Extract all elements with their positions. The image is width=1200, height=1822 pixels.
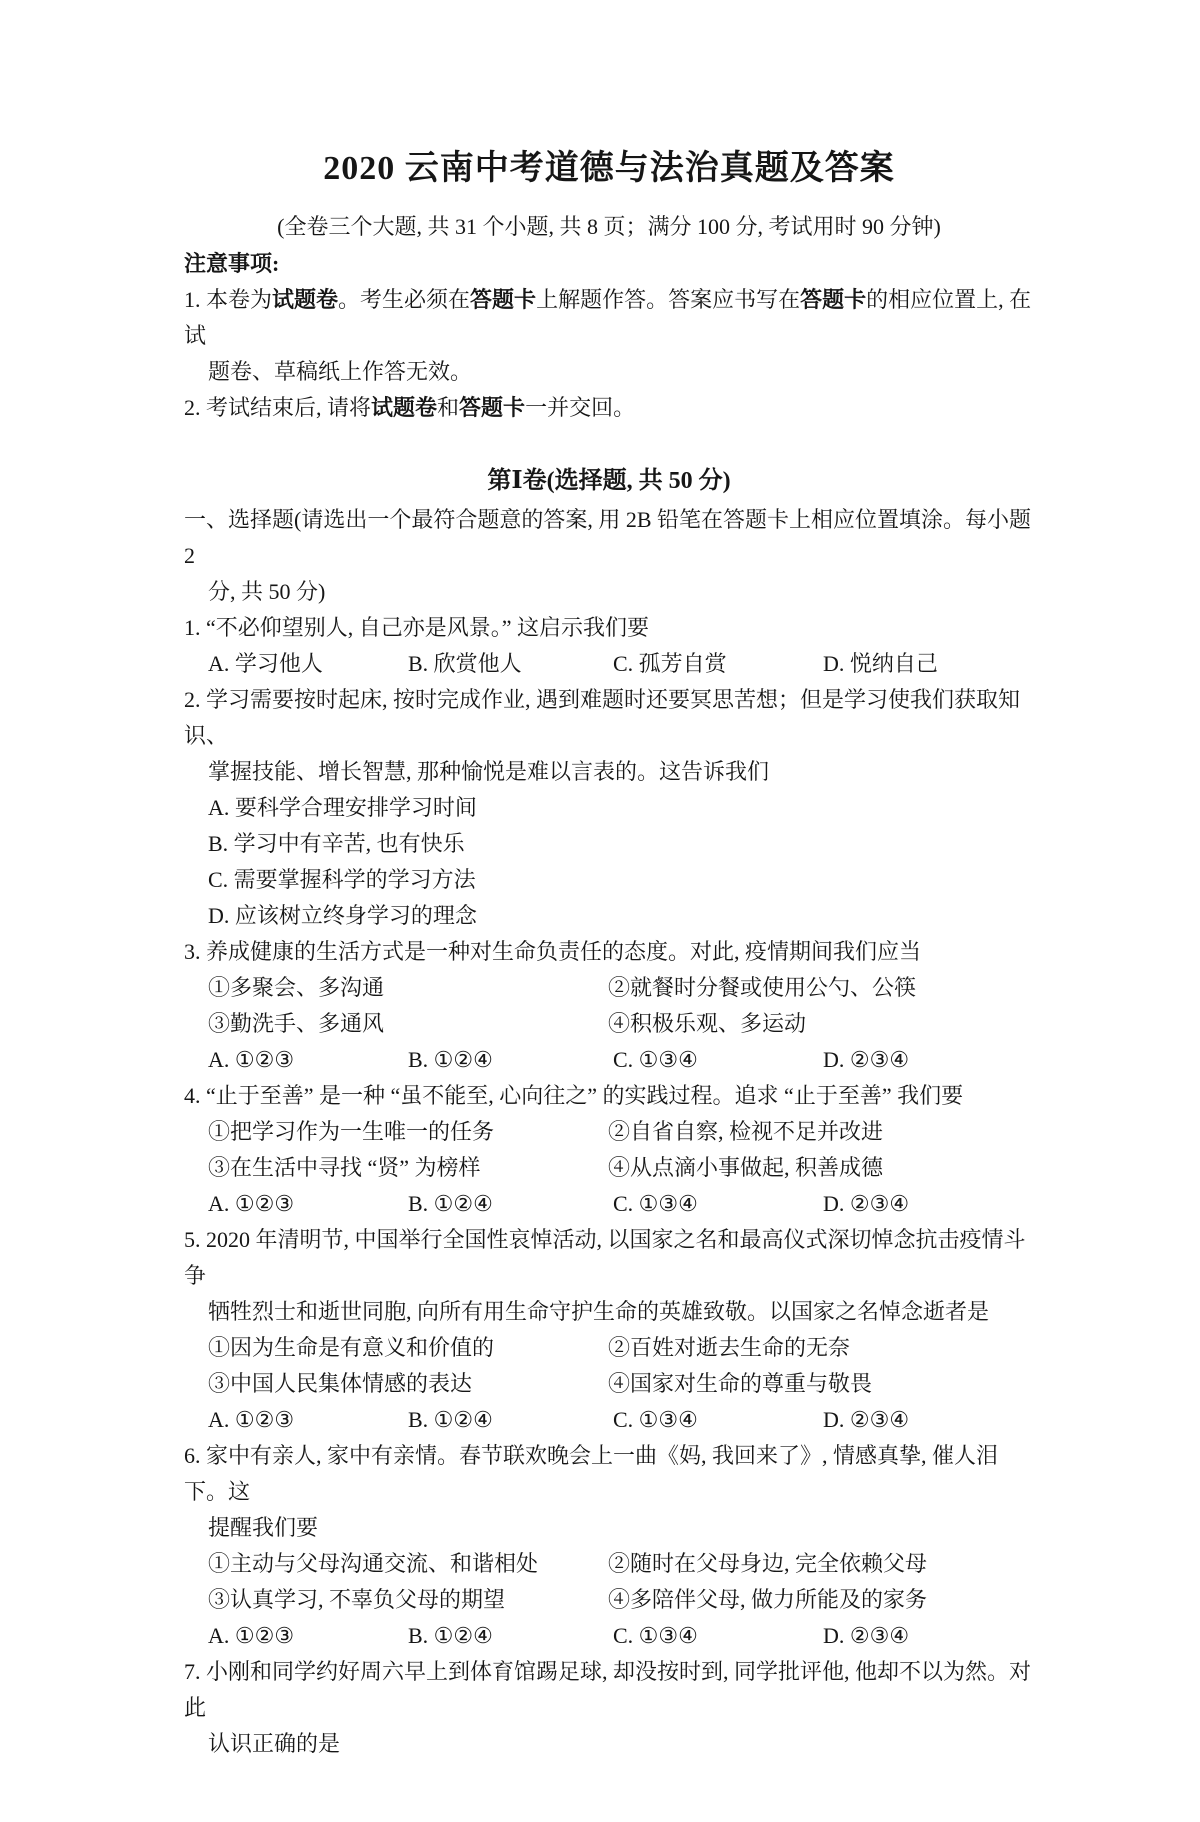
question-1-option-d: D. 悦纳自己 bbox=[823, 646, 1034, 682]
question-2-option-a: A. 要科学合理安排学习时间 bbox=[184, 790, 1034, 826]
question-6-item-3: ③认真学习, 不辜负父母的期望 bbox=[208, 1582, 608, 1618]
text-segment: 答题卡 bbox=[470, 287, 536, 312]
question-5-choice-b: B. ①②④ bbox=[408, 1402, 613, 1438]
notice-section: 注意事项: 1. 本卷为试题卷。考生必须在答题卡上解题作答。答案应书写在答题卡的… bbox=[184, 246, 1034, 426]
question-6-item-4: ④多陪伴父母, 做力所能及的家务 bbox=[608, 1582, 1034, 1618]
question-7-stem-line-1: 7. 小刚和同学约好周六早上到体育馆踢足球, 却没按时到, 同学批评他, 他却不… bbox=[184, 1654, 1034, 1726]
question-4-items-row-2: ③在生活中寻找 “贤” 为榜样 ④从点滴小事做起, 积善成德 bbox=[184, 1150, 1034, 1186]
exam-document-page: 2020 云南中考道德与法治真题及答案 (全卷三个大题, 共 31 个小题, 共… bbox=[0, 0, 1200, 1822]
question-2-option-b: B. 学习中有辛苦, 也有快乐 bbox=[184, 826, 1034, 862]
question-5-items-row-1: ①因为生命是有意义和价值的 ②百姓对逝去生命的无奈 bbox=[184, 1330, 1034, 1366]
question-3-item-2: ②就餐时分餐或使用公勺、公筷 bbox=[608, 970, 1034, 1006]
question-4-choice-a: A. ①②③ bbox=[208, 1186, 408, 1222]
notice-item-1-line-1: 1. 本卷为试题卷。考生必须在答题卡上解题作答。答案应书写在答题卡的相应位置上,… bbox=[184, 282, 1034, 354]
question-6-choice-d: D. ②③④ bbox=[823, 1618, 1034, 1654]
question-3-choice-d: D. ②③④ bbox=[823, 1042, 1034, 1078]
question-2-option-d: D. 应该树立终身学习的理念 bbox=[184, 898, 1034, 934]
question-2-stem-line-1: 2. 学习需要按时起床, 按时完成作业, 遇到难题时还要冥思苦想；但是学习使我们… bbox=[184, 682, 1034, 754]
question-4-item-4: ④从点滴小事做起, 积善成德 bbox=[608, 1150, 1034, 1186]
question-5-items-row-2: ③中国人民集体情感的表达 ④国家对生命的尊重与敬畏 bbox=[184, 1366, 1034, 1402]
question-4: 4. “止于至善” 是一种 “虽不能至, 心向往之” 的实践过程。追求 “止于至… bbox=[184, 1078, 1034, 1222]
mc-intro-line-1: 一、选择题(请选出一个最符合题意的答案, 用 2B 铅笔在答题卡上相应位置填涂。… bbox=[184, 502, 1034, 574]
text-segment: 上解题作答。答案应书写在 bbox=[536, 287, 800, 312]
question-3-item-1: ①多聚会、多沟通 bbox=[208, 970, 608, 1006]
question-4-stem: 4. “止于至善” 是一种 “虽不能至, 心向往之” 的实践过程。追求 “止于至… bbox=[184, 1078, 1034, 1114]
question-6-item-2: ②随时在父母身边, 完全依赖父母 bbox=[608, 1546, 1034, 1582]
question-6-choice-b: B. ①②④ bbox=[408, 1618, 613, 1654]
question-5: 5. 2020 年清明节, 中国举行全国性哀悼活动, 以国家之名和最高仪式深切悼… bbox=[184, 1222, 1034, 1438]
text-segment: 试题卷 bbox=[371, 395, 437, 420]
question-5-choice-c: C. ①③④ bbox=[613, 1402, 823, 1438]
question-6-choices: A. ①②③ B. ①②④ C. ①③④ D. ②③④ bbox=[184, 1618, 1034, 1654]
section-1-title: 第Ⅰ卷(选择题, 共 50 分) bbox=[184, 462, 1034, 500]
mc-intro-line-2: 分, 共 50 分) bbox=[184, 574, 1034, 610]
notice-heading: 注意事项: bbox=[184, 246, 1034, 282]
question-4-item-2: ②自省自察, 检视不足并改进 bbox=[608, 1114, 1034, 1150]
question-7-stem-line-2: 认识正确的是 bbox=[184, 1726, 1034, 1762]
question-4-choices: A. ①②③ B. ①②④ C. ①③④ D. ②③④ bbox=[184, 1186, 1034, 1222]
question-4-choice-d: D. ②③④ bbox=[823, 1186, 1034, 1222]
question-6-items-row-2: ③认真学习, 不辜负父母的期望 ④多陪伴父母, 做力所能及的家务 bbox=[184, 1582, 1034, 1618]
question-5-item-3: ③中国人民集体情感的表达 bbox=[208, 1366, 608, 1402]
question-6-items-row-1: ①主动与父母沟通交流、和谐相处 ②随时在父母身边, 完全依赖父母 bbox=[184, 1546, 1034, 1582]
question-3-choices: A. ①②③ B. ①②④ C. ①③④ D. ②③④ bbox=[184, 1042, 1034, 1078]
question-6-stem-line-1: 6. 家中有亲人, 家中有亲情。春节联欢晚会上一曲《妈, 我回来了》, 情感真挚… bbox=[184, 1438, 1034, 1510]
question-5-item-4: ④国家对生命的尊重与敬畏 bbox=[608, 1366, 1034, 1402]
text-segment: 答题卡 bbox=[800, 287, 866, 312]
page-content: 2020 云南中考道德与法治真题及答案 (全卷三个大题, 共 31 个小题, 共… bbox=[184, 146, 1034, 1762]
notice-item-1-line-2: 题卷、草稿纸上作答无效。 bbox=[184, 354, 1034, 390]
question-4-item-3: ③在生活中寻找 “贤” 为榜样 bbox=[208, 1150, 608, 1186]
question-3-items-row-1: ①多聚会、多沟通 ②就餐时分餐或使用公勺、公筷 bbox=[184, 970, 1034, 1006]
question-1-option-c: C. 孤芳自赏 bbox=[613, 646, 823, 682]
exam-subtitle: (全卷三个大题, 共 31 个小题, 共 8 页；满分 100 分, 考试用时 … bbox=[184, 210, 1034, 244]
question-6-choice-c: C. ①③④ bbox=[613, 1618, 823, 1654]
question-3: 3. 养成健康的生活方式是一种对生命负责任的态度。对此, 疫情期间我们应当 ①多… bbox=[184, 934, 1034, 1078]
question-1-option-b: B. 欣赏他人 bbox=[408, 646, 613, 682]
question-3-choice-b: B. ①②④ bbox=[408, 1042, 613, 1078]
question-2: 2. 学习需要按时起床, 按时完成作业, 遇到难题时还要冥思苦想；但是学习使我们… bbox=[184, 682, 1034, 934]
text-segment: 。考生必须在 bbox=[338, 287, 470, 312]
page-title: 2020 云南中考道德与法治真题及答案 bbox=[184, 146, 1034, 192]
question-3-items-row-2: ③勤洗手、多通风 ④积极乐观、多运动 bbox=[184, 1006, 1034, 1042]
question-3-choice-a: A. ①②③ bbox=[208, 1042, 408, 1078]
question-1: 1. “不必仰望别人, 自己亦是风景。” 这启示我们要 A. 学习他人 B. 欣… bbox=[184, 610, 1034, 682]
text-segment: 和 bbox=[437, 395, 459, 420]
text-segment: 一并交回。 bbox=[525, 395, 635, 420]
question-3-item-4: ④积极乐观、多运动 bbox=[608, 1006, 1034, 1042]
notice-item-2: 2. 考试结束后, 请将试题卷和答题卡一并交回。 bbox=[184, 390, 1034, 426]
question-5-stem-line-1: 5. 2020 年清明节, 中国举行全国性哀悼活动, 以国家之名和最高仪式深切悼… bbox=[184, 1222, 1034, 1294]
question-5-choice-d: D. ②③④ bbox=[823, 1402, 1034, 1438]
question-2-option-c: C. 需要掌握科学的学习方法 bbox=[184, 862, 1034, 898]
text-segment: 1. 本卷为 bbox=[184, 287, 272, 312]
question-6-item-1: ①主动与父母沟通交流、和谐相处 bbox=[208, 1546, 608, 1582]
question-1-stem: 1. “不必仰望别人, 自己亦是风景。” 这启示我们要 bbox=[184, 610, 1034, 646]
question-3-choice-c: C. ①③④ bbox=[613, 1042, 823, 1078]
question-5-item-2: ②百姓对逝去生命的无奈 bbox=[608, 1330, 1034, 1366]
text-segment: 2. 考试结束后, 请将 bbox=[184, 395, 371, 420]
question-1-options: A. 学习他人 B. 欣赏他人 C. 孤芳自赏 D. 悦纳自己 bbox=[184, 646, 1034, 682]
multiple-choice-intro: 一、选择题(请选出一个最符合题意的答案, 用 2B 铅笔在答题卡上相应位置填涂。… bbox=[184, 502, 1034, 610]
text-segment: 答题卡 bbox=[459, 395, 525, 420]
question-4-items-row-1: ①把学习作为一生唯一的任务 ②自省自察, 检视不足并改进 bbox=[184, 1114, 1034, 1150]
question-5-choices: A. ①②③ B. ①②④ C. ①③④ D. ②③④ bbox=[184, 1402, 1034, 1438]
question-6: 6. 家中有亲人, 家中有亲情。春节联欢晚会上一曲《妈, 我回来了》, 情感真挚… bbox=[184, 1438, 1034, 1654]
text-segment: 试题卷 bbox=[272, 287, 338, 312]
question-2-stem-line-2: 掌握技能、增长智慧, 那种愉悦是难以言表的。这告诉我们 bbox=[184, 754, 1034, 790]
question-1-option-a: A. 学习他人 bbox=[208, 646, 408, 682]
question-6-stem-line-2: 提醒我们要 bbox=[184, 1510, 1034, 1546]
question-4-choice-b: B. ①②④ bbox=[408, 1186, 613, 1222]
question-3-item-3: ③勤洗手、多通风 bbox=[208, 1006, 608, 1042]
question-4-item-1: ①把学习作为一生唯一的任务 bbox=[208, 1114, 608, 1150]
question-3-stem: 3. 养成健康的生活方式是一种对生命负责任的态度。对此, 疫情期间我们应当 bbox=[184, 934, 1034, 970]
question-7: 7. 小刚和同学约好周六早上到体育馆踢足球, 却没按时到, 同学批评他, 他却不… bbox=[184, 1654, 1034, 1762]
question-4-choice-c: C. ①③④ bbox=[613, 1186, 823, 1222]
question-5-stem-line-2: 牺牲烈士和逝世同胞, 向所有用生命守护生命的英雄致敬。以国家之名悼念逝者是 bbox=[184, 1294, 1034, 1330]
question-6-choice-a: A. ①②③ bbox=[208, 1618, 408, 1654]
question-5-choice-a: A. ①②③ bbox=[208, 1402, 408, 1438]
question-5-item-1: ①因为生命是有意义和价值的 bbox=[208, 1330, 608, 1366]
